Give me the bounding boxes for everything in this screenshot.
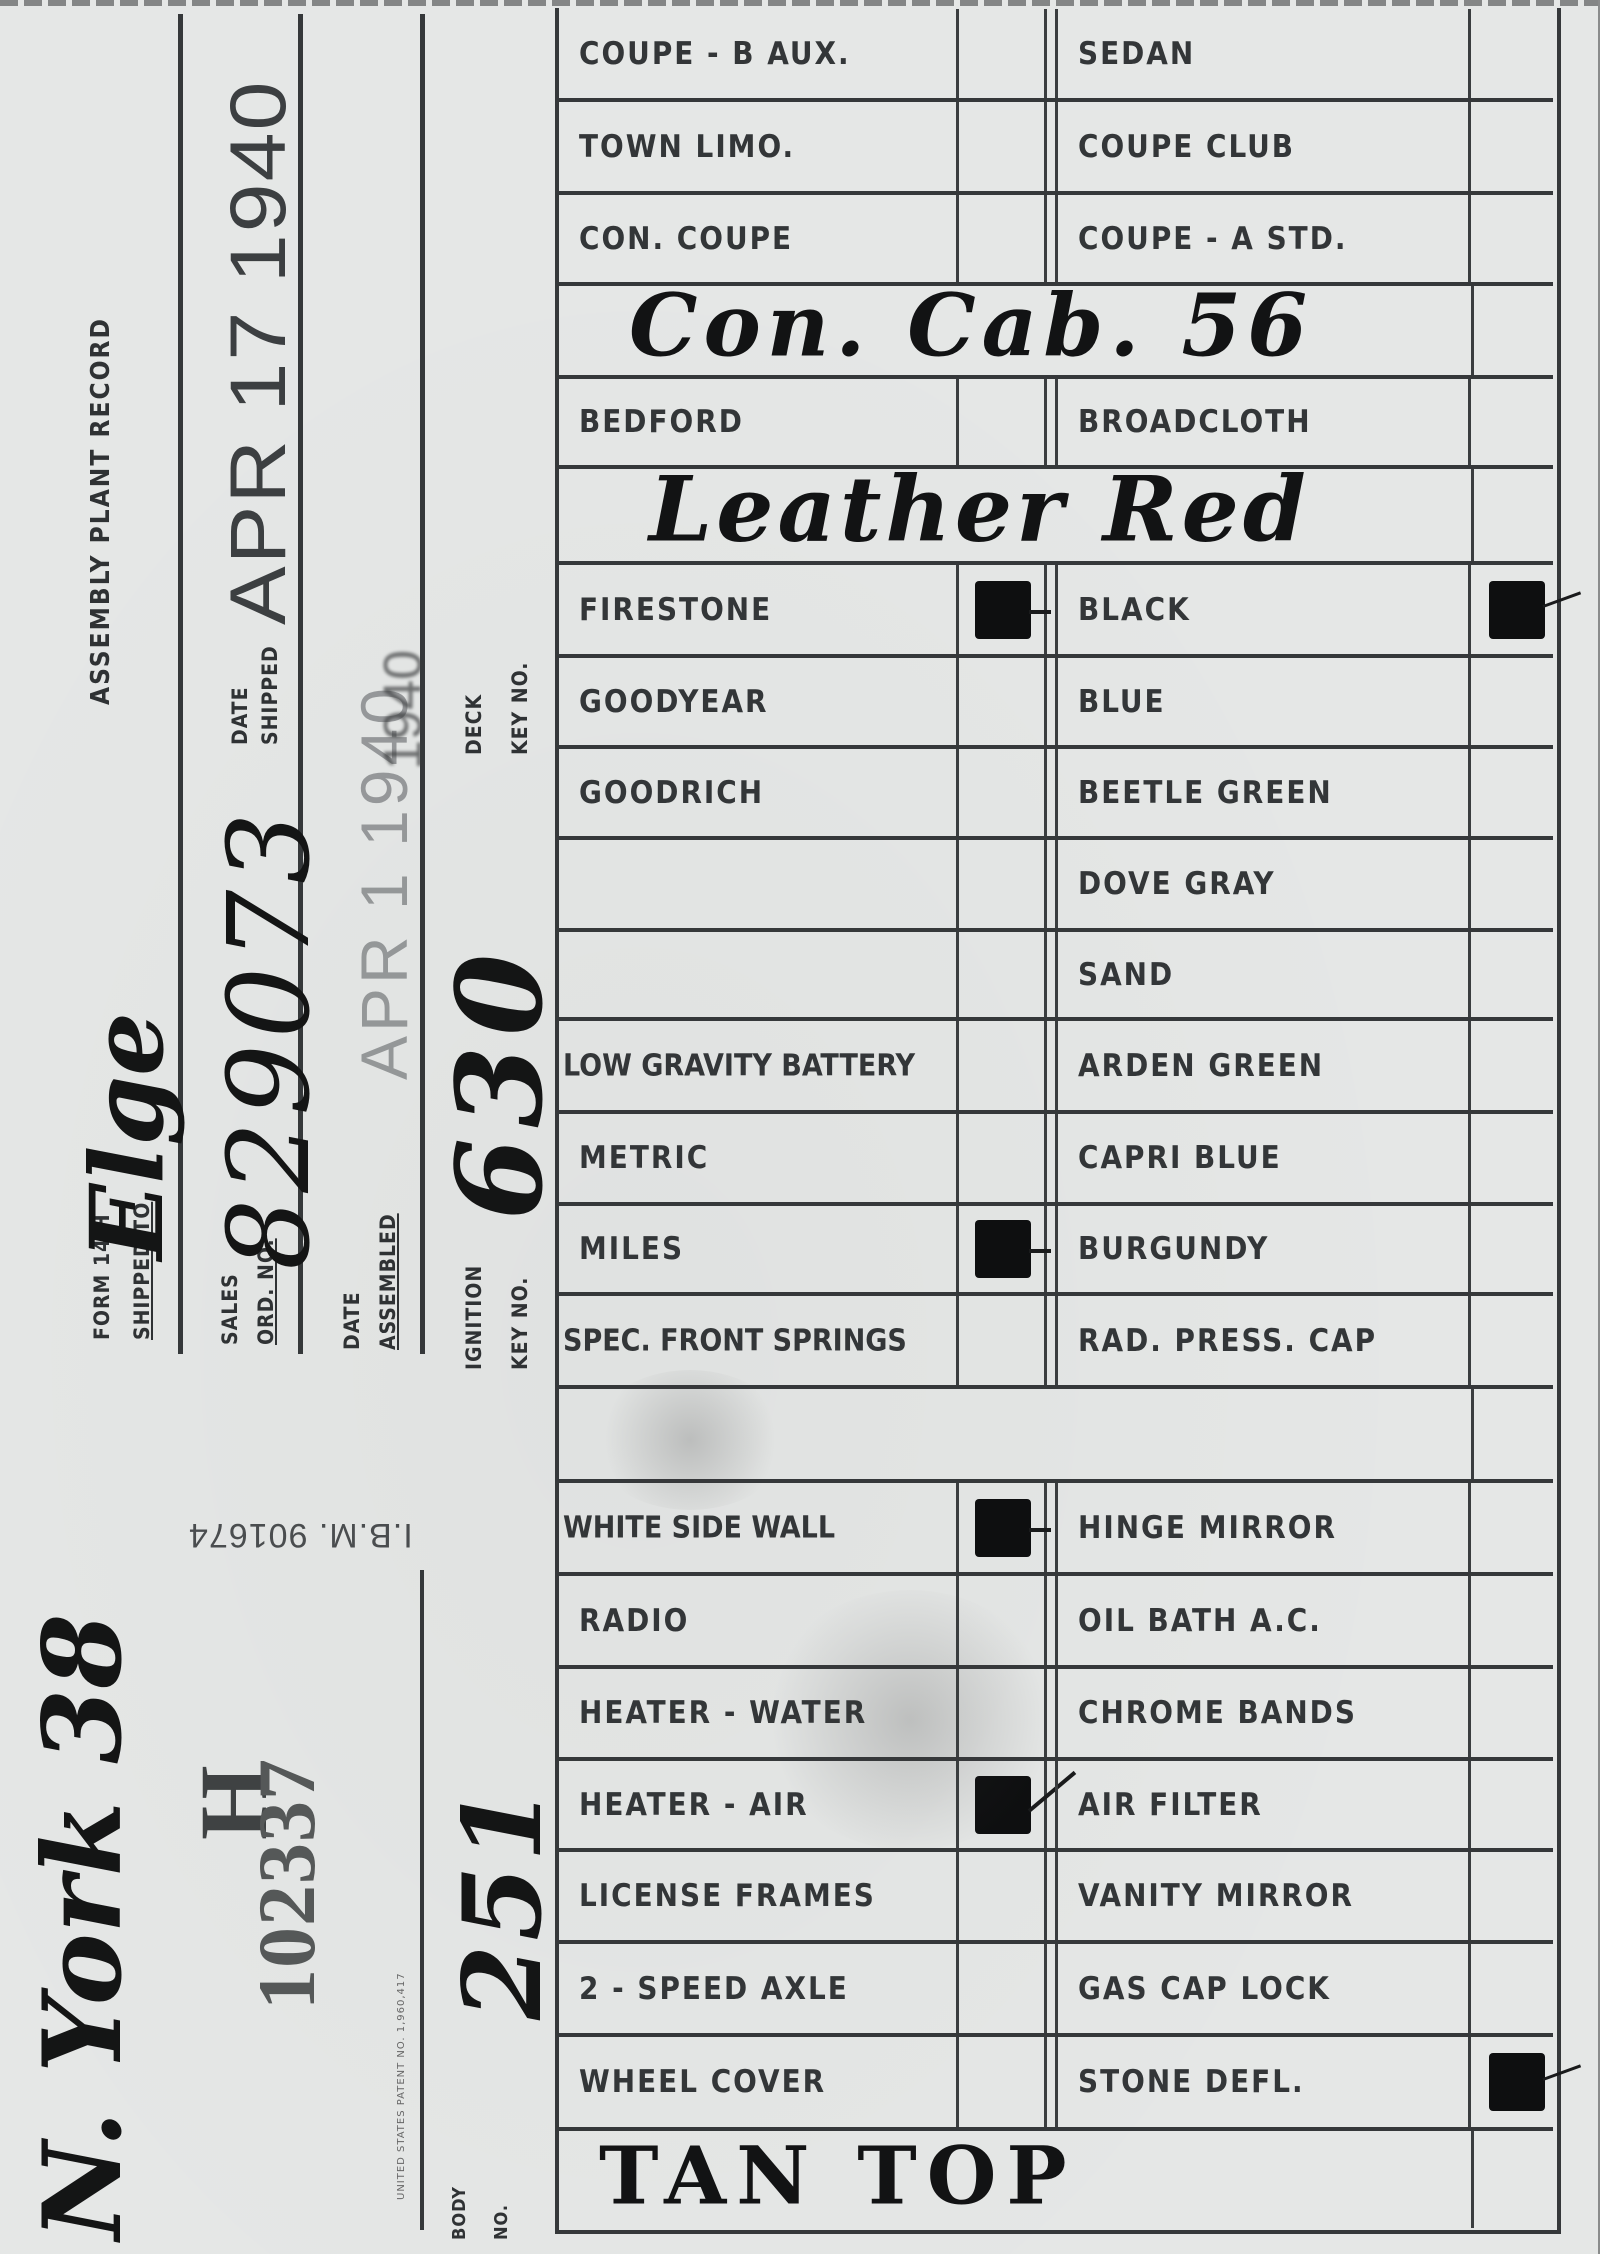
deck-key-label-2: KEY NO.: [508, 662, 532, 755]
divider-body-no: [420, 1570, 424, 2230]
right-checkbox-cell: [1471, 2037, 1553, 2127]
right-checkbox-cell: [1471, 1852, 1553, 1940]
right-option-checkbox[interactable]: [1489, 1867, 1545, 1925]
options-table: COUPE - B AUX.SEDANTOWN LIMO.COUPE CLUBC…: [555, 8, 1561, 2234]
right-checkbox-cell: [1471, 840, 1553, 928]
left-option-checkbox[interactable]: [975, 210, 1031, 268]
right-option-cell: STONE DEFL.: [1058, 2037, 1471, 2127]
right-option-label: OIL BATH A.C.: [1078, 1603, 1322, 1639]
right-checkbox-cell: [1471, 1576, 1553, 1665]
left-option-cell: SPEC. FRONT SPRINGS: [559, 1296, 959, 1385]
left-option-label: METRIC: [579, 1140, 709, 1176]
handwritten-row: Con. Cab. 56: [559, 286, 1553, 379]
right-option-checkbox[interactable]: [1489, 1312, 1545, 1370]
left-option-cell: [559, 840, 959, 928]
left-checkbox-cell: [959, 9, 1047, 98]
right-option-cell: SAND: [1058, 932, 1471, 1017]
left-checkbox-cell: [959, 1944, 1047, 2033]
left-option-label: COUPE - B AUX.: [579, 36, 851, 72]
left-checkbox-cell: [959, 658, 1047, 745]
date-shipped-label-1: DATE: [228, 687, 252, 745]
left-option-label: MILES: [579, 1231, 684, 1267]
right-option-checkbox[interactable]: [1489, 1960, 1545, 2018]
handwritten-row: Leather Red: [559, 469, 1553, 565]
assembly-plant-record-card: ASSEMBLY PLANT RECORD FORM 14 H SHIPPED …: [0, 0, 1600, 2254]
left-option-checkbox[interactable]: [975, 1312, 1031, 1370]
right-option-cell: BLUE: [1058, 658, 1471, 745]
table-row: HEATER - AIRAIR FILTER: [559, 1761, 1553, 1852]
right-option-label: BLACK: [1078, 592, 1191, 628]
left-option-label: SPEC. FRONT SPRINGS: [563, 1323, 907, 1358]
left-option-checkbox[interactable]: [975, 1960, 1031, 2018]
right-checkbox-cell: [1471, 9, 1553, 98]
right-option-cell: DOVE GRAY: [1058, 840, 1471, 928]
left-checkbox-cell: [959, 1021, 1047, 1110]
left-checkbox-cell: [959, 1852, 1047, 1940]
left-option-label: LICENSE FRAMES: [579, 1878, 876, 1914]
right-option-cell: SEDAN: [1058, 9, 1471, 98]
table-row: CON. COUPECOUPE - A STD.: [559, 195, 1553, 286]
table-row: MILESBURGUNDY: [559, 1206, 1553, 1296]
right-option-label: BROADCLOTH: [1078, 404, 1312, 440]
right-checkbox-cell: [1471, 565, 1553, 654]
left-option-cell: FIRESTONE: [559, 565, 959, 654]
right-option-label: CHROME BANDS: [1078, 1695, 1357, 1731]
left-option-cell: BEDFORD: [559, 379, 959, 465]
handwritten-row: TAN TOP: [559, 2131, 1553, 2228]
left-option-checkbox[interactable]: [975, 2053, 1031, 2111]
deck-key-stamp-smudged: 1940: [372, 650, 434, 770]
right-option-label: BEETLE GREEN: [1078, 775, 1333, 811]
body-no-label-1: BODY: [448, 2186, 472, 2240]
deck-key-label-1: DECK: [462, 694, 486, 755]
check-stroke: [1029, 1528, 1051, 1532]
left-option-checkbox[interactable]: [975, 673, 1031, 731]
right-option-label: AIR FILTER: [1078, 1787, 1263, 1823]
left-option-checkbox[interactable]: [975, 393, 1031, 451]
left-option-cell: [559, 932, 959, 1017]
right-option-checkbox[interactable]: [1489, 1037, 1545, 1095]
right-checkbox-cell: [1471, 749, 1553, 836]
sales-ord-label-1: SALES: [218, 1273, 242, 1345]
left-option-cell: GOODYEAR: [559, 658, 959, 745]
right-option-checkbox[interactable]: [1489, 25, 1545, 83]
right-option-cell: GAS CAP LOCK: [1058, 1944, 1471, 2033]
handwritten-entry[interactable]: TAN TOP: [599, 2128, 1077, 2222]
left-checkbox-cell: [959, 932, 1047, 1017]
left-checkbox-cell: [959, 1114, 1047, 1202]
right-option-label: DOVE GRAY: [1078, 866, 1276, 902]
right-option-cell: BLACK: [1058, 565, 1471, 654]
destination-value[interactable]: N. York 38: [20, 1614, 146, 2240]
right-checkbox-cell: [1471, 1944, 1553, 2033]
right-checkbox-cell: [1471, 932, 1553, 1017]
right-option-cell: ARDEN GREEN: [1058, 1021, 1471, 1110]
left-option-checkbox[interactable]: [975, 1867, 1031, 1925]
left-option-label: WHEEL COVER: [579, 2064, 826, 2100]
left-option-label: GOODYEAR: [579, 684, 769, 720]
table-row: RADIOOIL BATH A.C.: [559, 1576, 1553, 1669]
left-option-cell: WHEEL COVER: [559, 2037, 959, 2127]
left-checkbox-cell: [959, 2037, 1047, 2127]
fingerprint-smudge: [760, 1590, 1060, 1850]
check-stroke: [1542, 591, 1581, 607]
left-checkbox-cell: [959, 195, 1047, 282]
left-option-cell: COUPE - B AUX.: [559, 9, 959, 98]
table-row: LICENSE FRAMESVANITY MIRROR: [559, 1852, 1553, 1944]
table-row: METRICCAPRI BLUE: [559, 1114, 1553, 1206]
table-row: LOW GRAVITY BATTERYARDEN GREEN: [559, 1021, 1553, 1114]
right-option-label: STONE DEFL.: [1078, 2064, 1305, 2100]
date-shipped-label-2: SHIPPED: [258, 645, 282, 745]
left-option-cell: GOODRICH: [559, 749, 959, 836]
left-option-cell: MILES: [559, 1206, 959, 1292]
right-checkbox-cell: [1471, 1114, 1553, 1202]
right-option-cell: OIL BATH A.C.: [1058, 1576, 1471, 1665]
right-option-checkbox[interactable]: [1489, 764, 1545, 822]
body-no-label-2: NO.: [490, 2204, 514, 2240]
right-option-cell: VANITY MIRROR: [1058, 1852, 1471, 1940]
right-option-cell: BROADCLOTH: [1058, 379, 1471, 465]
right-option-label: BURGUNDY: [1078, 1231, 1269, 1267]
table-row: GOODYEARBLUE: [559, 658, 1553, 749]
left-checkbox-cell: [959, 749, 1047, 836]
right-option-checkbox[interactable]: [1489, 2053, 1545, 2111]
right-checkbox-cell: [1471, 1021, 1553, 1110]
right-option-checkbox[interactable]: [1489, 1220, 1545, 1278]
fingerprint-smudge: [590, 1370, 790, 1510]
left-option-label: FIRESTONE: [579, 592, 772, 628]
left-option-checkbox[interactable]: [975, 1499, 1031, 1557]
right-option-checkbox[interactable]: [1489, 393, 1545, 451]
sales-ord-value[interactable]: 829073: [205, 806, 335, 1270]
left-checkbox-cell: [959, 379, 1047, 465]
ignition-key-label-1: IGNITION: [462, 1265, 486, 1370]
right-option-checkbox[interactable]: [1489, 946, 1545, 1004]
right-checkbox-cell: [1471, 1206, 1553, 1292]
right-option-label: SAND: [1078, 957, 1174, 993]
right-option-checkbox[interactable]: [1489, 118, 1545, 176]
perforated-top-edge: [0, 0, 1600, 6]
left-option-cell: WHITE SIDE WALL: [559, 1483, 959, 1572]
left-option-cell: 2 - SPEED AXLE: [559, 1944, 959, 2033]
left-option-checkbox[interactable]: [975, 1220, 1031, 1278]
left-option-checkbox[interactable]: [975, 1037, 1031, 1095]
shipped-to-value[interactable]: Elge: [68, 1012, 186, 1260]
patent-note: UNITED STATES PATENT NO. 1,960,417: [396, 1972, 407, 2200]
left-checkbox-cell: [959, 102, 1047, 191]
right-option-label: CAPRI BLUE: [1078, 1140, 1282, 1176]
column-divider: [1471, 469, 1474, 561]
table-row: GOODRICHBEETLE GREEN: [559, 749, 1553, 840]
right-option-cell: CHROME BANDS: [1058, 1669, 1471, 1757]
right-checkbox-cell: [1471, 1296, 1553, 1385]
right-option-cell: HINGE MIRROR: [1058, 1483, 1471, 1572]
ibm-form-number: I.B.M. 901674: [188, 1515, 413, 1554]
right-option-checkbox[interactable]: [1489, 1499, 1545, 1557]
date-assembled-label-2: ASSEMBLED: [376, 1213, 400, 1350]
column-divider: [1471, 1389, 1474, 1479]
left-option-checkbox[interactable]: [975, 118, 1031, 176]
left-checkbox-cell: [959, 1296, 1047, 1385]
column-divider: [1471, 286, 1474, 375]
left-option-label: BEDFORD: [579, 404, 744, 440]
right-option-label: HINGE MIRROR: [1078, 1510, 1337, 1546]
right-option-checkbox[interactable]: [1489, 1776, 1545, 1834]
right-option-checkbox[interactable]: [1489, 673, 1545, 731]
right-option-label: GAS CAP LOCK: [1078, 1971, 1331, 2007]
right-option-checkbox[interactable]: [1489, 1684, 1545, 1742]
left-option-checkbox[interactable]: [975, 25, 1031, 83]
right-checkbox-cell: [1471, 658, 1553, 745]
left-option-label: TOWN LIMO.: [579, 129, 795, 165]
right-checkbox-cell: [1471, 1483, 1553, 1572]
left-option-label: 2 - SPEED AXLE: [579, 1971, 849, 2007]
left-option-label: GOODRICH: [579, 775, 764, 811]
check-stroke: [1029, 610, 1051, 614]
right-option-checkbox[interactable]: [1489, 855, 1545, 913]
right-option-label: VANITY MIRROR: [1078, 1878, 1354, 1914]
right-option-cell: CAPRI BLUE: [1058, 1114, 1471, 1202]
right-checkbox-cell: [1471, 102, 1553, 191]
handwritten-entry[interactable]: Leather Red: [649, 457, 1310, 563]
right-option-label: SEDAN: [1078, 36, 1195, 72]
right-option-checkbox[interactable]: [1489, 1592, 1545, 1650]
right-option-checkbox[interactable]: [1489, 581, 1545, 639]
right-option-cell: BURGUNDY: [1058, 1206, 1471, 1292]
table-row: COUPE - B AUX.SEDAN: [559, 9, 1553, 102]
right-checkbox-cell: [1471, 1669, 1553, 1757]
right-option-cell: AIR FILTER: [1058, 1761, 1471, 1848]
right-option-cell: COUPE CLUB: [1058, 102, 1471, 191]
left-option-label: LOW GRAVITY BATTERY: [563, 1048, 915, 1083]
check-stroke: [1542, 2064, 1581, 2080]
right-option-cell: COUPE - A STD.: [1058, 195, 1471, 282]
serial-number: 102337: [240, 1758, 334, 2010]
right-option-cell: BEETLE GREEN: [1058, 749, 1471, 836]
left-option-cell: TOWN LIMO.: [559, 102, 959, 191]
form-title: ASSEMBLY PLANT RECORD: [88, 317, 114, 705]
left-option-label: WHITE SIDE WALL: [563, 1510, 835, 1545]
left-option-checkbox[interactable]: [975, 855, 1031, 913]
date-shipped-stamp: APR 17 1940: [212, 80, 304, 626]
table-row: TOWN LIMO.COUPE CLUB: [559, 102, 1553, 195]
left-option-label: CON. COUPE: [579, 221, 793, 257]
left-option-label: HEATER - AIR: [579, 1787, 809, 1823]
right-option-checkbox[interactable]: [1489, 210, 1545, 268]
right-option-label: BLUE: [1078, 684, 1166, 720]
right-option-label: ARDEN GREEN: [1078, 1048, 1324, 1084]
left-option-cell: LICENSE FRAMES: [559, 1852, 959, 1940]
ignition-key-value[interactable]: 630: [430, 944, 569, 1220]
body-no-value[interactable]: 251: [440, 1783, 566, 2020]
left-checkbox-cell: [959, 565, 1047, 654]
table-row: WHEEL COVERSTONE DEFL.: [559, 2037, 1553, 2131]
handwritten-entry[interactable]: Con. Cab. 56: [629, 275, 1313, 376]
left-option-label: RADIO: [579, 1603, 689, 1639]
right-option-checkbox[interactable]: [1489, 1129, 1545, 1187]
date-assembled-label-1: DATE: [340, 1292, 364, 1350]
table-row: BEDFORDBROADCLOTH: [559, 379, 1553, 469]
left-option-checkbox[interactable]: [975, 581, 1031, 639]
right-option-label: RAD. PRESS. CAP: [1078, 1323, 1377, 1359]
left-checkbox-cell: [959, 1483, 1047, 1572]
table-row: 2 - SPEED AXLEGAS CAP LOCK: [559, 1944, 1553, 2037]
left-option-checkbox[interactable]: [975, 946, 1031, 1004]
table-row: DOVE GRAY: [559, 840, 1553, 932]
right-option-label: COUPE CLUB: [1078, 129, 1295, 165]
left-option-checkbox[interactable]: [975, 764, 1031, 822]
table-row: SAND: [559, 932, 1553, 1021]
left-checkbox-cell: [959, 840, 1047, 928]
right-option-label: COUPE - A STD.: [1078, 221, 1347, 257]
check-stroke: [1029, 1249, 1051, 1253]
left-option-checkbox[interactable]: [975, 1129, 1031, 1187]
table-row: FIRESTONEBLACK: [559, 565, 1553, 658]
left-option-cell: METRIC: [559, 1114, 959, 1202]
right-checkbox-cell: [1471, 195, 1553, 282]
left-checkbox-cell: [959, 1206, 1047, 1292]
right-checkbox-cell: [1471, 1761, 1553, 1848]
ignition-key-label-2: KEY NO.: [508, 1277, 532, 1370]
left-option-cell: LOW GRAVITY BATTERY: [559, 1021, 959, 1110]
right-checkbox-cell: [1471, 379, 1553, 465]
right-option-cell: RAD. PRESS. CAP: [1058, 1296, 1471, 1385]
column-divider: [1471, 2131, 1474, 2228]
left-option-cell: CON. COUPE: [559, 195, 959, 282]
